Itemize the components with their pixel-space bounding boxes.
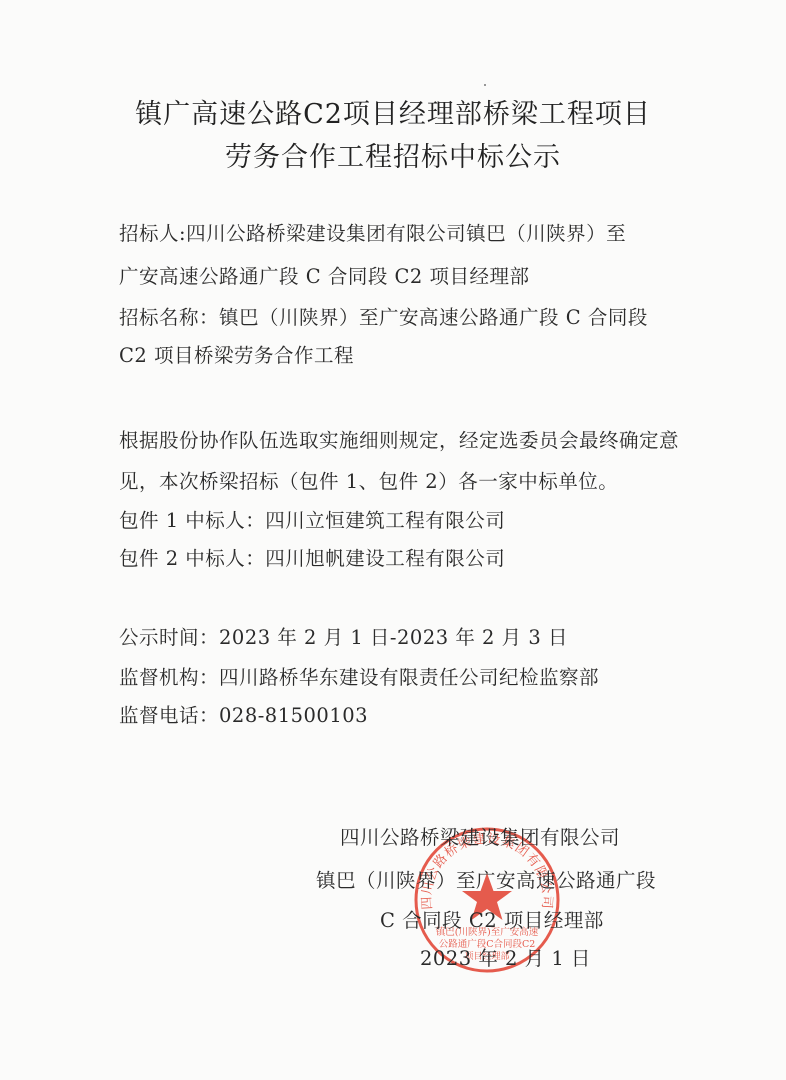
signature-line-3: C 合同段 C2 项目经理部 — [380, 905, 604, 933]
publicity-period: 公示时间：2023 年 2 月 1 日-2023 年 2 月 3 日 — [119, 622, 568, 650]
supervisor-org: 监督机构：四川路桥华东建设有限责任公司纪检监察部 — [119, 662, 599, 690]
title-line-2: 劳务合作工程招标中标公示 — [0, 135, 786, 174]
tenderer-line-2: 广安高速公路通广段 C 合同段 C2 项目经理部 — [119, 261, 530, 289]
document-page: 镇广高速公路C2项目经理部桥梁工程项目 劳务合作工程招标中标公示 招标人:四川公… — [0, 0, 786, 1080]
supervisor-phone: 监督电话：028-81500103 — [119, 700, 368, 728]
signature-line-1: 四川公路桥梁建设集团有限公司 — [340, 822, 620, 850]
tender-name-line-2: C2 项目桥梁劳务合作工程 — [119, 340, 354, 368]
signature-line-2: 镇巴（川陕界）至广安高速公路通广段 — [316, 865, 656, 893]
scan-speck — [484, 84, 486, 86]
body-line-1: 根据股份协作队伍选取实施细则规定，经定选委员会最终确定意 — [119, 425, 679, 453]
package-2-winner: 包件 2 中标人：四川旭帆建设工程有限公司 — [119, 543, 505, 571]
signature-date: 2023 年 2 月 1 日 — [420, 943, 591, 971]
body-line-2: 见，本次桥梁招标（包件 1、包件 2）各一家中标单位。 — [119, 466, 618, 494]
tenderer-line-1: 招标人:四川公路桥梁建设集团有限公司镇巴（川陕界）至 — [119, 218, 626, 246]
title-line-1: 镇广高速公路C2项目经理部桥梁工程项目 — [0, 92, 786, 131]
tender-name-line-1: 招标名称：镇巴（川陕界）至广安高速公路通广段 C 合同段 — [119, 302, 648, 330]
package-1-winner: 包件 1 中标人：四川立恒建筑工程有限公司 — [119, 505, 505, 533]
